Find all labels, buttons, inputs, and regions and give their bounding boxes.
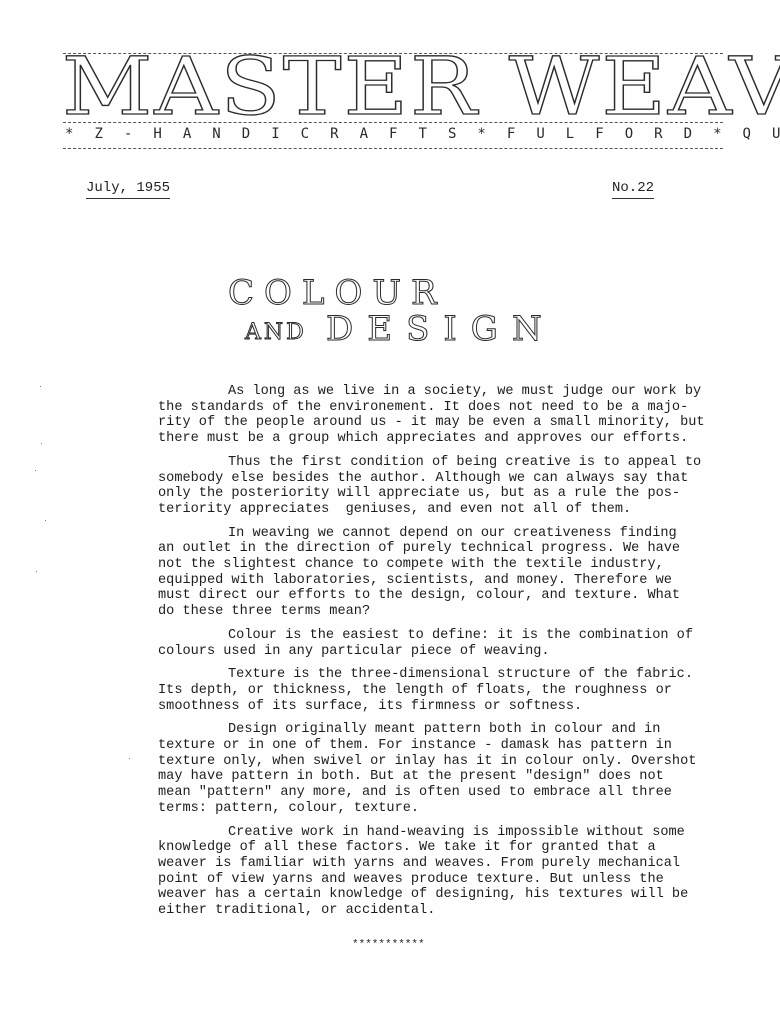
paper-speck <box>41 443 42 444</box>
article-title-line1: COLOUR <box>228 273 447 313</box>
newsletter-page: MASTER WEAVER * Z - H A N D I C R A F T … <box>0 0 780 1011</box>
paragraph-line: either traditional, or accidental. <box>158 903 738 919</box>
issue-date: July, 1955 <box>86 180 170 199</box>
paragraph-line: must direct our efforts to the design, c… <box>158 588 738 604</box>
paragraph-line: knowledge of all these factors. We take … <box>158 840 738 856</box>
paper-speck <box>36 571 37 572</box>
paragraph-line: texture only, when swivel or inlay has i… <box>158 754 738 770</box>
article-title-and: AND <box>245 320 307 345</box>
article-paragraph: Colour is the easiest to define: it is t… <box>158 628 738 659</box>
paragraph-line: As long as we live in a society, we must… <box>158 384 738 400</box>
paragraph-line: Creative work in hand-weaving is impossi… <box>158 825 738 841</box>
paragraph-line: colours used in any particular piece of … <box>158 644 738 660</box>
paragraph-line: Colour is the easiest to define: it is t… <box>158 628 738 644</box>
paragraph-line: point of view yarns and weaves produce t… <box>158 872 738 888</box>
article-paragraph: Creative work in hand-weaving is impossi… <box>158 825 738 919</box>
paragraph-line: not the slightest chance to compete with… <box>158 557 738 573</box>
paper-speck <box>35 470 36 471</box>
publisher-line: * Z - H A N D I C R A F T S * F U L F O … <box>65 126 725 142</box>
end-of-article-marker: *********** <box>352 939 425 951</box>
paragraph-line: smoothness of its surface, its firmness … <box>158 699 738 715</box>
paragraph-line: terms: pattern, colour, texture. <box>158 801 738 817</box>
paragraph-line: somebody else besides the author. Althou… <box>158 471 738 487</box>
masthead-title: MASTER WEAVER <box>62 55 761 118</box>
article-paragraph: As long as we live in a society, we must… <box>158 384 738 447</box>
article-paragraph: Texture is the three-dimensional structu… <box>158 667 738 714</box>
paragraph-line: the standards of the environement. It do… <box>158 400 738 416</box>
masthead-middle-rule <box>63 122 723 123</box>
article-paragraph: In weaving we cannot depend on our creat… <box>158 526 738 620</box>
paper-speck <box>40 386 41 387</box>
paragraph-line: texture or in one of them. For instance … <box>158 738 738 754</box>
paragraph-line: weaver is familiar with yarns and weaves… <box>158 856 738 872</box>
paragraph-line: Thus the first condition of being creati… <box>158 455 738 471</box>
paragraph-line: Design originally meant pattern both in … <box>158 722 738 738</box>
article-body: As long as we live in a society, we must… <box>158 384 738 927</box>
paragraph-line: In weaving we cannot depend on our creat… <box>158 526 738 542</box>
paragraph-line: mean "pattern" any more, and is often us… <box>158 785 738 801</box>
article-paragraph: Design originally meant pattern both in … <box>158 722 738 816</box>
paragraph-line: do these three terms mean? <box>158 604 738 620</box>
paragraph-line: there must be a group which appreciates … <box>158 431 738 447</box>
paragraph-line: an outlet in the direction of purely tec… <box>158 541 738 557</box>
issue-number: No.22 <box>612 180 654 199</box>
paragraph-line: rity of the people around us - it may be… <box>158 415 738 431</box>
paragraph-line: equipped with laboratories, scientists, … <box>158 573 738 589</box>
article-title-design: DESIGN <box>326 309 556 349</box>
article-paragraph: Thus the first condition of being creati… <box>158 455 738 518</box>
paper-speck <box>129 758 130 759</box>
paragraph-line: Its depth, or thickness, the length of f… <box>158 683 738 699</box>
paragraph-line: may have pattern in both. But at the pre… <box>158 769 738 785</box>
paragraph-line: weaver has a certain knowledge of design… <box>158 887 738 903</box>
paper-speck <box>45 520 46 521</box>
paragraph-line: Texture is the three-dimensional structu… <box>158 667 738 683</box>
masthead-bottom-rule <box>63 148 723 149</box>
paragraph-line: only the posteriority will appreciate us… <box>158 486 738 502</box>
paragraph-line: teriority appreciates geniuses, and even… <box>158 502 738 518</box>
